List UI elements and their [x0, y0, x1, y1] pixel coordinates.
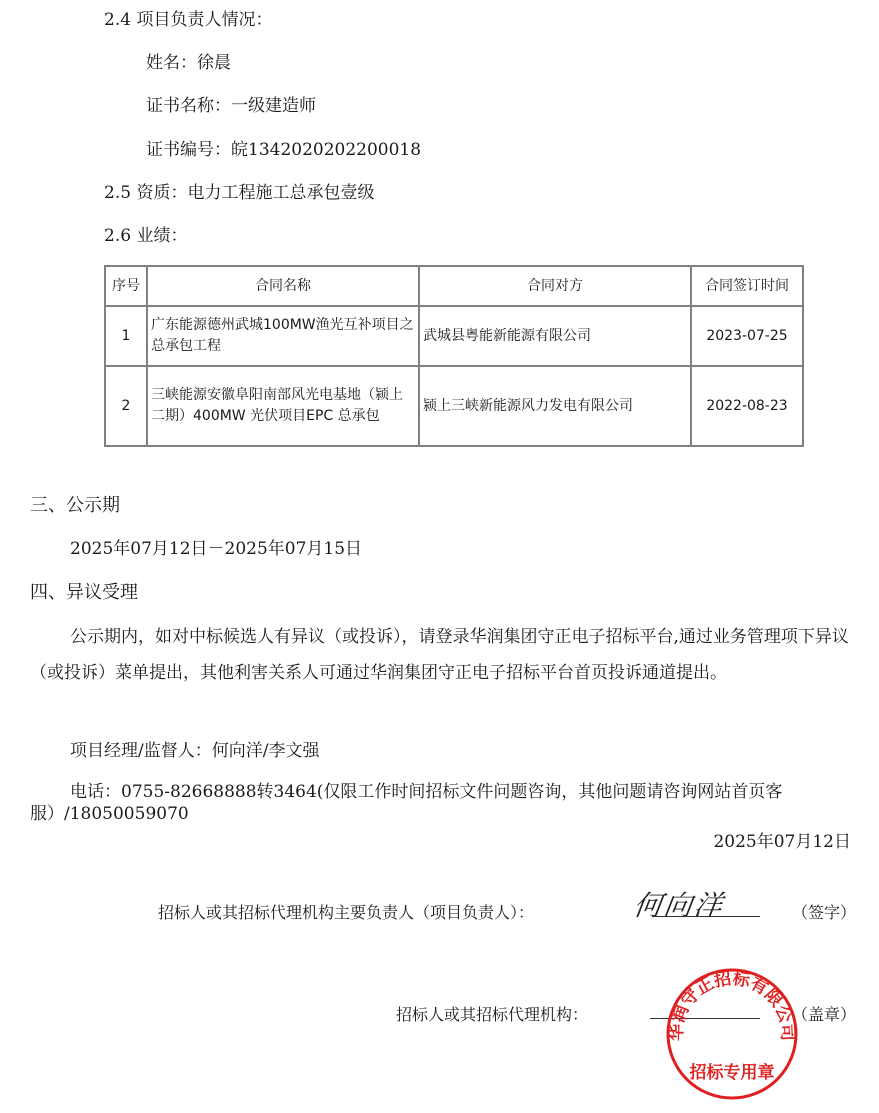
cell-sign-date: 2023-07-25 [691, 306, 803, 366]
performance-table: 序号 合同名称 合同对方 合同签订时间 1 广东能源德州武城100MW渔光互补项… [104, 265, 804, 447]
header-sign-date: 合同签订时间 [691, 266, 803, 306]
header-no: 序号 [105, 266, 147, 306]
seal-ring-text: 华润守正招标有限公司 [666, 968, 798, 1042]
signature-suffix: （签字） [792, 900, 856, 923]
section-2-6-heading: 2.6 业绩： [104, 226, 187, 246]
svg-text:华润守正招标有限公司: 华润守正招标有限公司 [666, 968, 798, 1042]
section-4-heading: 四、异议受理 [30, 583, 138, 603]
cell-no: 1 [105, 306, 147, 366]
seal-suffix: （盖章） [792, 1002, 856, 1025]
table-row: 1 广东能源德州武城100MW渔光互补项目之总承包工程 武城县粤能新能源有限公司… [105, 306, 803, 366]
project-manager: 项目经理/监督人：何向洋/李文强 [70, 741, 319, 761]
signature-line [652, 916, 760, 917]
header-contract-name: 合同名称 [147, 266, 419, 306]
cell-contract-name: 广东能源德州武城100MW渔光互补项目之总承包工程 [147, 306, 419, 366]
cell-sign-date: 2022-08-23 [691, 366, 803, 446]
company-seal-icon: 华润守正招标有限公司 招标专用章 [664, 966, 800, 1102]
cell-counterparty: 武城县粤能新能源有限公司 [419, 306, 691, 366]
qualification: 2.5 资质：电力工程施工总承包壹级 [104, 183, 374, 203]
signature-label: 招标人或其招标代理机构主要负责人（项目负责人）： [158, 900, 534, 923]
section-2-4-heading: 2.4 项目负责人情况： [104, 10, 272, 30]
table-row: 2 三峡能源安徽阜阳南部风光电基地（颍上二期）400MW 光伏项目EPC 总承包… [105, 366, 803, 446]
section-3-heading: 三、公示期 [30, 496, 120, 516]
cell-contract-name: 三峡能源安徽阜阳南部风光电基地（颍上二期）400MW 光伏项目EPC 总承包 [147, 366, 419, 446]
handwritten-signature: 何向洋 [631, 884, 727, 924]
header-counterparty: 合同对方 [419, 266, 691, 306]
table-header-row: 序号 合同名称 合同对方 合同签订时间 [105, 266, 803, 306]
manager-name: 姓名：徐晨 [146, 53, 231, 73]
certificate-number: 证书编号：皖1342020202200018 [146, 140, 421, 160]
cell-no: 2 [105, 366, 147, 446]
cell-counterparty: 颍上三峡新能源风力发电有限公司 [419, 366, 691, 446]
objection-paragraph: 公示期内，如对中标候选人有异议（或投诉），请登录华润集团守正电子招标平台,通过业… [30, 619, 860, 691]
seal-center-text: 招标专用章 [689, 1062, 775, 1083]
certificate-name: 证书名称：一级建造师 [146, 96, 316, 116]
contact-phone: 电话：0755-82668888转3464(仅限工作时间招标文件问题咨询，其他问… [30, 781, 860, 825]
notice-date: 2025年07月12日 [713, 832, 851, 852]
publicity-period: 2025年07月12日－2025年07月15日 [70, 539, 362, 559]
seal-label: 招标人或其招标代理机构： [396, 1002, 588, 1025]
